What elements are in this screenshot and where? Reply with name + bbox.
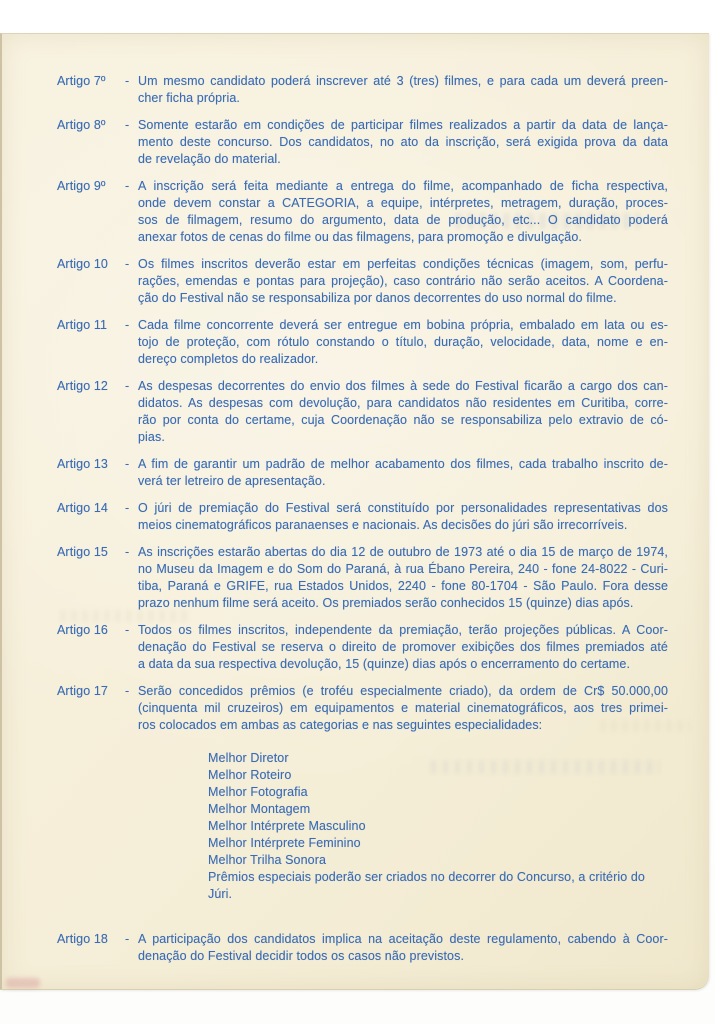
article-dash: -: [125, 317, 138, 368]
article-dash: -: [125, 178, 138, 246]
article-text-line: sos de filmagem, resumo do argumento, da…: [138, 212, 668, 229]
article-text-line: (cinquenta mil cruzeiros) em equipamento…: [138, 700, 668, 717]
article-text-line: cher ficha própria.: [138, 90, 668, 107]
article-dash: -: [125, 378, 138, 446]
article-text-line: rações, emendas e pontas para projeção),…: [138, 273, 668, 290]
article-number: Artigo 15: [57, 544, 125, 612]
article-dash: -: [125, 256, 138, 307]
article-dash: -: [125, 117, 138, 168]
article-row: Artigo 14-O júri de premiação do Festiva…: [57, 500, 668, 534]
article-text-line: no Museu da Imagem e do Som do Paraná, à…: [138, 561, 668, 578]
article-text-line: onde devem constar a CATEGORIA, a equipe…: [138, 195, 668, 212]
article-number: Artigo 17: [57, 683, 125, 921]
article-text-line: tojo de proteção, com rótulo constando o…: [138, 334, 668, 351]
articles-list: Artigo 7º-Um mesmo candidato poderá insc…: [57, 73, 668, 965]
article-dash: -: [125, 456, 138, 490]
article-text-line: As despesas decorrentes do envio dos fil…: [138, 378, 668, 395]
article-text-line: O júri de premiação do Festival será con…: [138, 500, 668, 517]
article-dash: -: [125, 931, 138, 965]
article-text-line: tiba, Paraná e GRIFE, rua Estados Unidos…: [138, 578, 668, 595]
article-row: Artigo 10-Os filmes inscritos deverão es…: [57, 256, 668, 307]
article-number: Artigo 13: [57, 456, 125, 490]
prize-item: Prêmios especiais poderão ser criados no…: [208, 869, 668, 886]
article-dash: -: [125, 544, 138, 612]
article-dash: -: [125, 622, 138, 673]
prize-item: Melhor Montagem: [208, 801, 668, 818]
article-text-line: A fim de garantir um padrão de melhor ac…: [138, 456, 668, 473]
article-text-line: A inscrição será feita mediante a entreg…: [138, 178, 668, 195]
article-text-line: ção do Festival não se responsabiliza po…: [138, 290, 668, 307]
article-body: O júri de premiação do Festival será con…: [138, 500, 668, 534]
article-text-line: meios cinematográficos paranaenses e nac…: [138, 517, 668, 534]
article-number: Artigo 10: [57, 256, 125, 307]
article-text-line: Serão concedidos prêmios (e troféu espec…: [138, 683, 668, 700]
article-text-line: denação do Festival se reserva o direito…: [138, 639, 668, 656]
document-content: Artigo 7º-Um mesmo candidato poderá insc…: [0, 33, 709, 975]
article-row: Artigo 11-Cada filme concorrente deverá …: [57, 317, 668, 368]
prize-item: Melhor Roteiro: [208, 767, 668, 784]
article-text-line: a data da sua respectiva devolução, 15 (…: [138, 656, 668, 673]
prize-item: Melhor Diretor: [208, 750, 668, 767]
prize-item: Júri.: [208, 886, 668, 903]
prize-item: Melhor Fotografia: [208, 784, 668, 801]
article-body: Os filmes inscritos deverão estar em per…: [138, 256, 668, 307]
article-number: Artigo 16: [57, 622, 125, 673]
article-text-line: Os filmes inscritos deverão estar em per…: [138, 256, 668, 273]
article-body: Serão concedidos prêmios (e troféu espec…: [138, 683, 668, 921]
article-number: Artigo 14: [57, 500, 125, 534]
article-text-line: As inscrições estarão abertas do dia 12 …: [138, 544, 668, 561]
prize-item: Melhor Intérprete Masculino: [208, 818, 668, 835]
article-text-line: anexar fotos de cenas do filme ou das fi…: [138, 229, 668, 246]
article-row: Artigo 12-As despesas decorrentes do env…: [57, 378, 668, 446]
article-row: Artigo 17-Serão concedidos prêmios (e tr…: [57, 683, 668, 921]
article-body: As inscrições estarão abertas do dia 12 …: [138, 544, 668, 612]
article-number: Artigo 11: [57, 317, 125, 368]
article-dash: -: [125, 500, 138, 534]
article-body: A fim de garantir um padrão de melhor ac…: [138, 456, 668, 490]
article-body: Somente estarão em condições de particip…: [138, 117, 668, 168]
article-text-line: dereço completos do realizador.: [138, 351, 668, 368]
article-number: Artigo 8º: [57, 117, 125, 168]
article-text-line: de revelação do material.: [138, 151, 668, 168]
article-body: Todos os filmes inscritos, independente …: [138, 622, 668, 673]
article-text-line: ros colocados em ambas as categorias e n…: [138, 717, 668, 734]
article-body: A participação dos candidatos implica na…: [138, 931, 668, 965]
article-row: Artigo 15-As inscrições estarão abertas …: [57, 544, 668, 612]
article-body: Cada filme concorrente deverá ser entreg…: [138, 317, 668, 368]
article-text-line: verá ter letreiro de apresentação.: [138, 473, 668, 490]
article-number: Artigo 12: [57, 378, 125, 446]
article-row: Artigo 16-Todos os filmes inscritos, ind…: [57, 622, 668, 673]
article-row: Artigo 8º-Somente estarão em condições d…: [57, 117, 668, 168]
article-number: Artigo 7º: [57, 73, 125, 107]
article-text-line: mento deste concurso. Dos candidatos, no…: [138, 134, 668, 151]
article-body: A inscrição será feita mediante a entreg…: [138, 178, 668, 246]
article-text-line: Cada filme concorrente deverá ser entreg…: [138, 317, 668, 334]
prize-list: Melhor DiretorMelhor RoteiroMelhor Fotog…: [208, 750, 668, 903]
article-body: As despesas decorrentes do envio dos fil…: [138, 378, 668, 446]
article-text-line: A participação dos candidatos implica na…: [138, 931, 668, 948]
article-text-line: Um mesmo candidato poderá inscrever até …: [138, 73, 668, 90]
article-text-line: denação do Festival decidir todos os cas…: [138, 948, 668, 965]
article-row: Artigo 13-A fim de garantir um padrão de…: [57, 456, 668, 490]
prize-item: Melhor Intérprete Feminino: [208, 835, 668, 852]
article-body: Um mesmo candidato poderá inscrever até …: [138, 73, 668, 107]
article-text-line: Todos os filmes inscritos, independente …: [138, 622, 668, 639]
article-text-line: rão por conta do certame, cuja Coordenaç…: [138, 412, 668, 429]
article-dash: -: [125, 73, 138, 107]
article-row: Artigo 18-A participação dos candidatos …: [57, 931, 668, 965]
article-text-line: prazo nenhum filme será aceito. Os premi…: [138, 595, 668, 612]
article-text-line: pias.: [138, 429, 668, 446]
article-number: Artigo 9º: [57, 178, 125, 246]
article-dash: -: [125, 683, 138, 921]
article-row: Artigo 9º-A inscrição será feita mediant…: [57, 178, 668, 246]
article-text-line: Somente estarão em condições de particip…: [138, 117, 668, 134]
scan-background: Artigo 7º-Um mesmo candidato poderá insc…: [0, 0, 715, 1024]
prize-item: Melhor Trilha Sonora: [208, 852, 668, 869]
article-number: Artigo 18: [57, 931, 125, 965]
article-row: Artigo 7º-Um mesmo candidato poderá insc…: [57, 73, 668, 107]
article-text-line: didatos. As despesas com devolução, para…: [138, 395, 668, 412]
